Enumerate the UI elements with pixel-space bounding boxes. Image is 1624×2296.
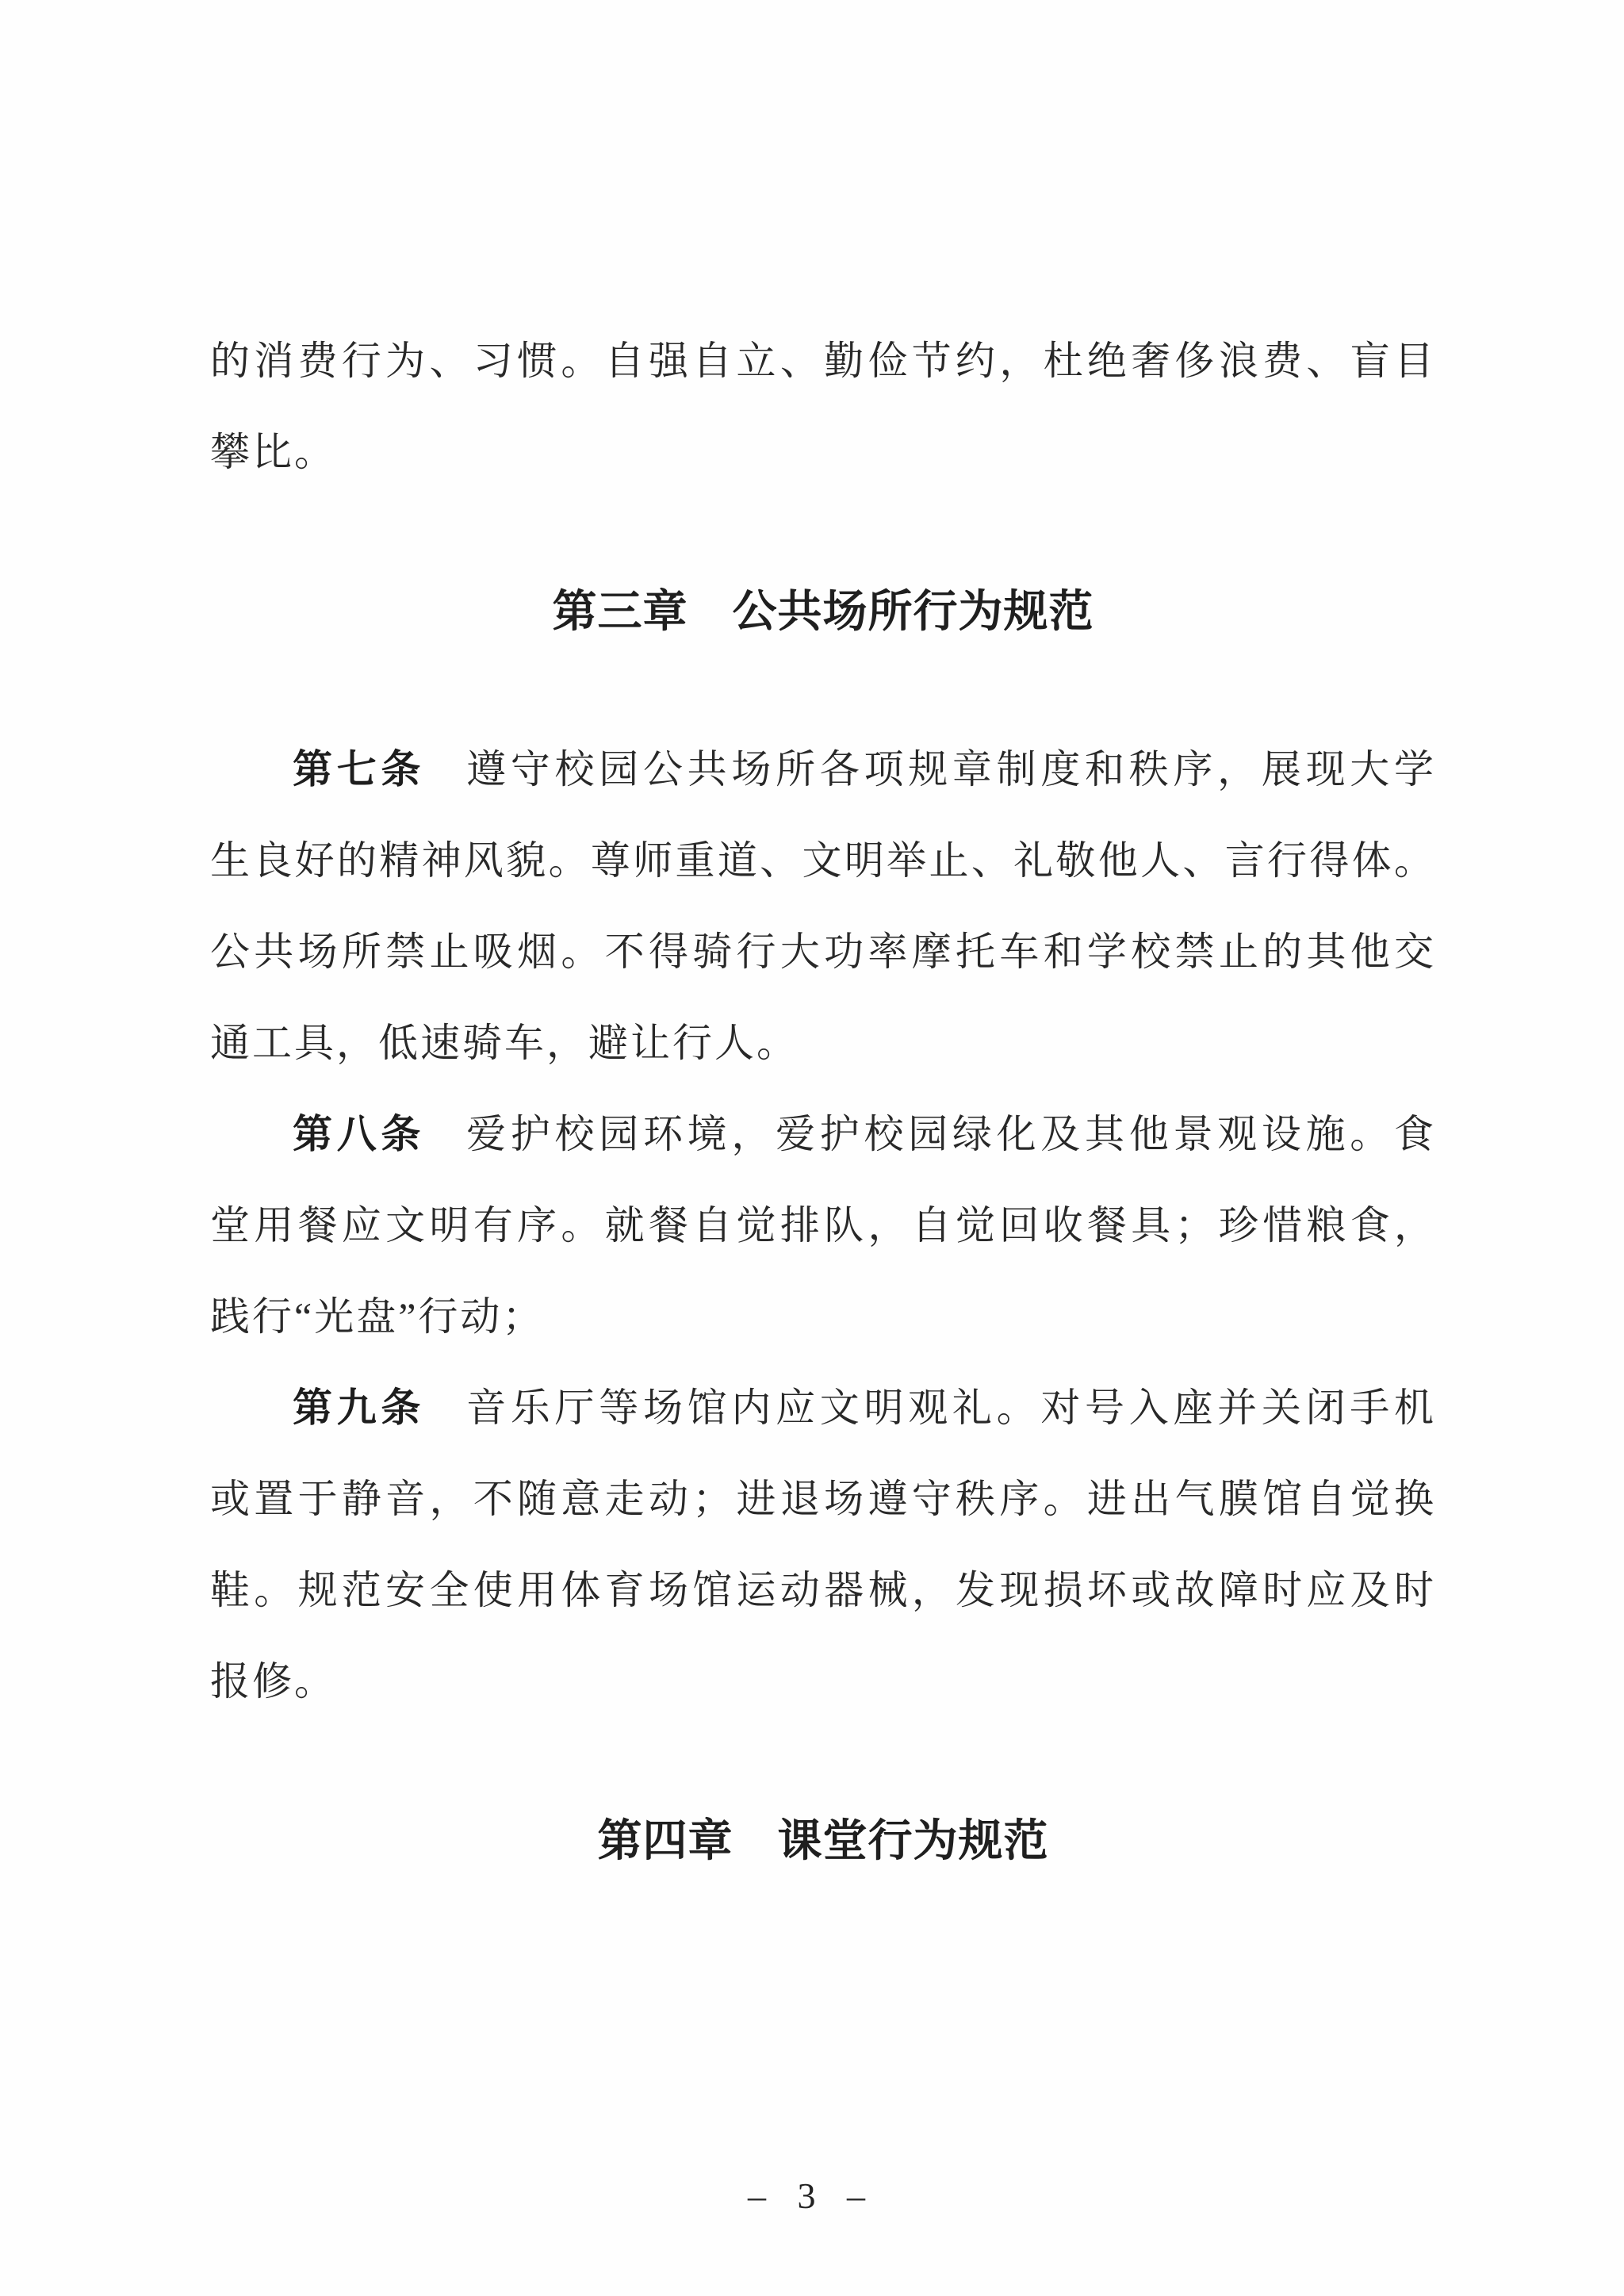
article-9-paragraph: 第九条音乐厅等场馆内应文明观礼。对号入座并关闭手机 或置于静音，不随意走动；进退… (210, 1363, 1436, 1727)
text-line: 生良好的精神风貌。尊师重道、文明举止、礼敬他人、言行得体。 (210, 815, 1436, 907)
text-line: 通工具，低速骑车，避让行人。 (210, 998, 1436, 1089)
paragraph-continuation: 的消费行为、习惯。自强自立、勤俭节约，杜绝奢侈浪费、盲目 攀比。 (210, 316, 1436, 498)
text-line: 鞋。规范安全使用体育场馆运动器械，发现损坏或故障时应及时 (210, 1545, 1436, 1636)
article-7-term: 第七条 (293, 747, 425, 792)
text-line: 攀比。 (210, 407, 1436, 498)
text-line: 第九条音乐厅等场馆内应文明观礼。对号入座并关闭手机 (210, 1363, 1436, 1454)
chapter-label: 第四章 (598, 1815, 733, 1865)
page-body: 的消费行为、习惯。自强自立、勤俭节约，杜绝奢侈浪费、盲目 攀比。 第三章公共场所… (210, 316, 1436, 1953)
document-page: 的消费行为、习惯。自强自立、勤俭节约，杜绝奢侈浪费、盲目 攀比。 第三章公共场所… (0, 0, 1624, 2296)
text-line: 报修。 (210, 1636, 1436, 1727)
article-line-text: 遵守校园公共场所各项规章制度和秩序，展现大学 (466, 747, 1436, 792)
page-number: – 3 – (0, 2175, 1624, 2217)
text-line: 堂用餐应文明有序。就餐自觉排队，自觉回收餐具；珍惜粮食， (210, 1180, 1436, 1271)
text-line: 的消费行为、习惯。自强自立、勤俭节约，杜绝奢侈浪费、盲目 (210, 316, 1436, 407)
article-8-paragraph: 第八条爱护校园环境，爱护校园绿化及其他景观设施。食 堂用餐应文明有序。就餐自觉排… (210, 1089, 1436, 1363)
chapter-4-heading: 第四章课堂行为规范 (210, 1795, 1436, 1886)
chapter-3-heading: 第三章公共场所行为规范 (210, 565, 1436, 657)
text-line: 公共场所禁止吸烟。不得骑行大功率摩托车和学校禁止的其他交 (210, 907, 1436, 998)
chapter-title: 公共场所行为规范 (733, 586, 1094, 636)
text-line: 第八条爱护校园环境，爱护校园绿化及其他景观设施。食 (210, 1089, 1436, 1180)
chapter-title: 课堂行为规范 (778, 1815, 1049, 1865)
article-9-term: 第九条 (293, 1386, 425, 1430)
article-8-term: 第八条 (293, 1112, 425, 1156)
text-line: 践行“光盘”行动； (210, 1271, 1436, 1363)
text-line: 或置于静音，不随意走动；进退场遵守秩序。进出气膜馆自觉换 (210, 1454, 1436, 1545)
article-7-paragraph: 第七条遵守校园公共场所各项规章制度和秩序，展现大学 生良好的精神风貌。尊师重道、… (210, 724, 1436, 1089)
article-line-text: 爱护校园环境，爱护校园绿化及其他景观设施。食 (466, 1112, 1436, 1156)
chapter-label: 第三章 (553, 586, 688, 636)
article-line-text: 音乐厅等场馆内应文明观礼。对号入座并关闭手机 (466, 1386, 1436, 1430)
text-line: 第七条遵守校园公共场所各项规章制度和秩序，展现大学 (210, 724, 1436, 815)
